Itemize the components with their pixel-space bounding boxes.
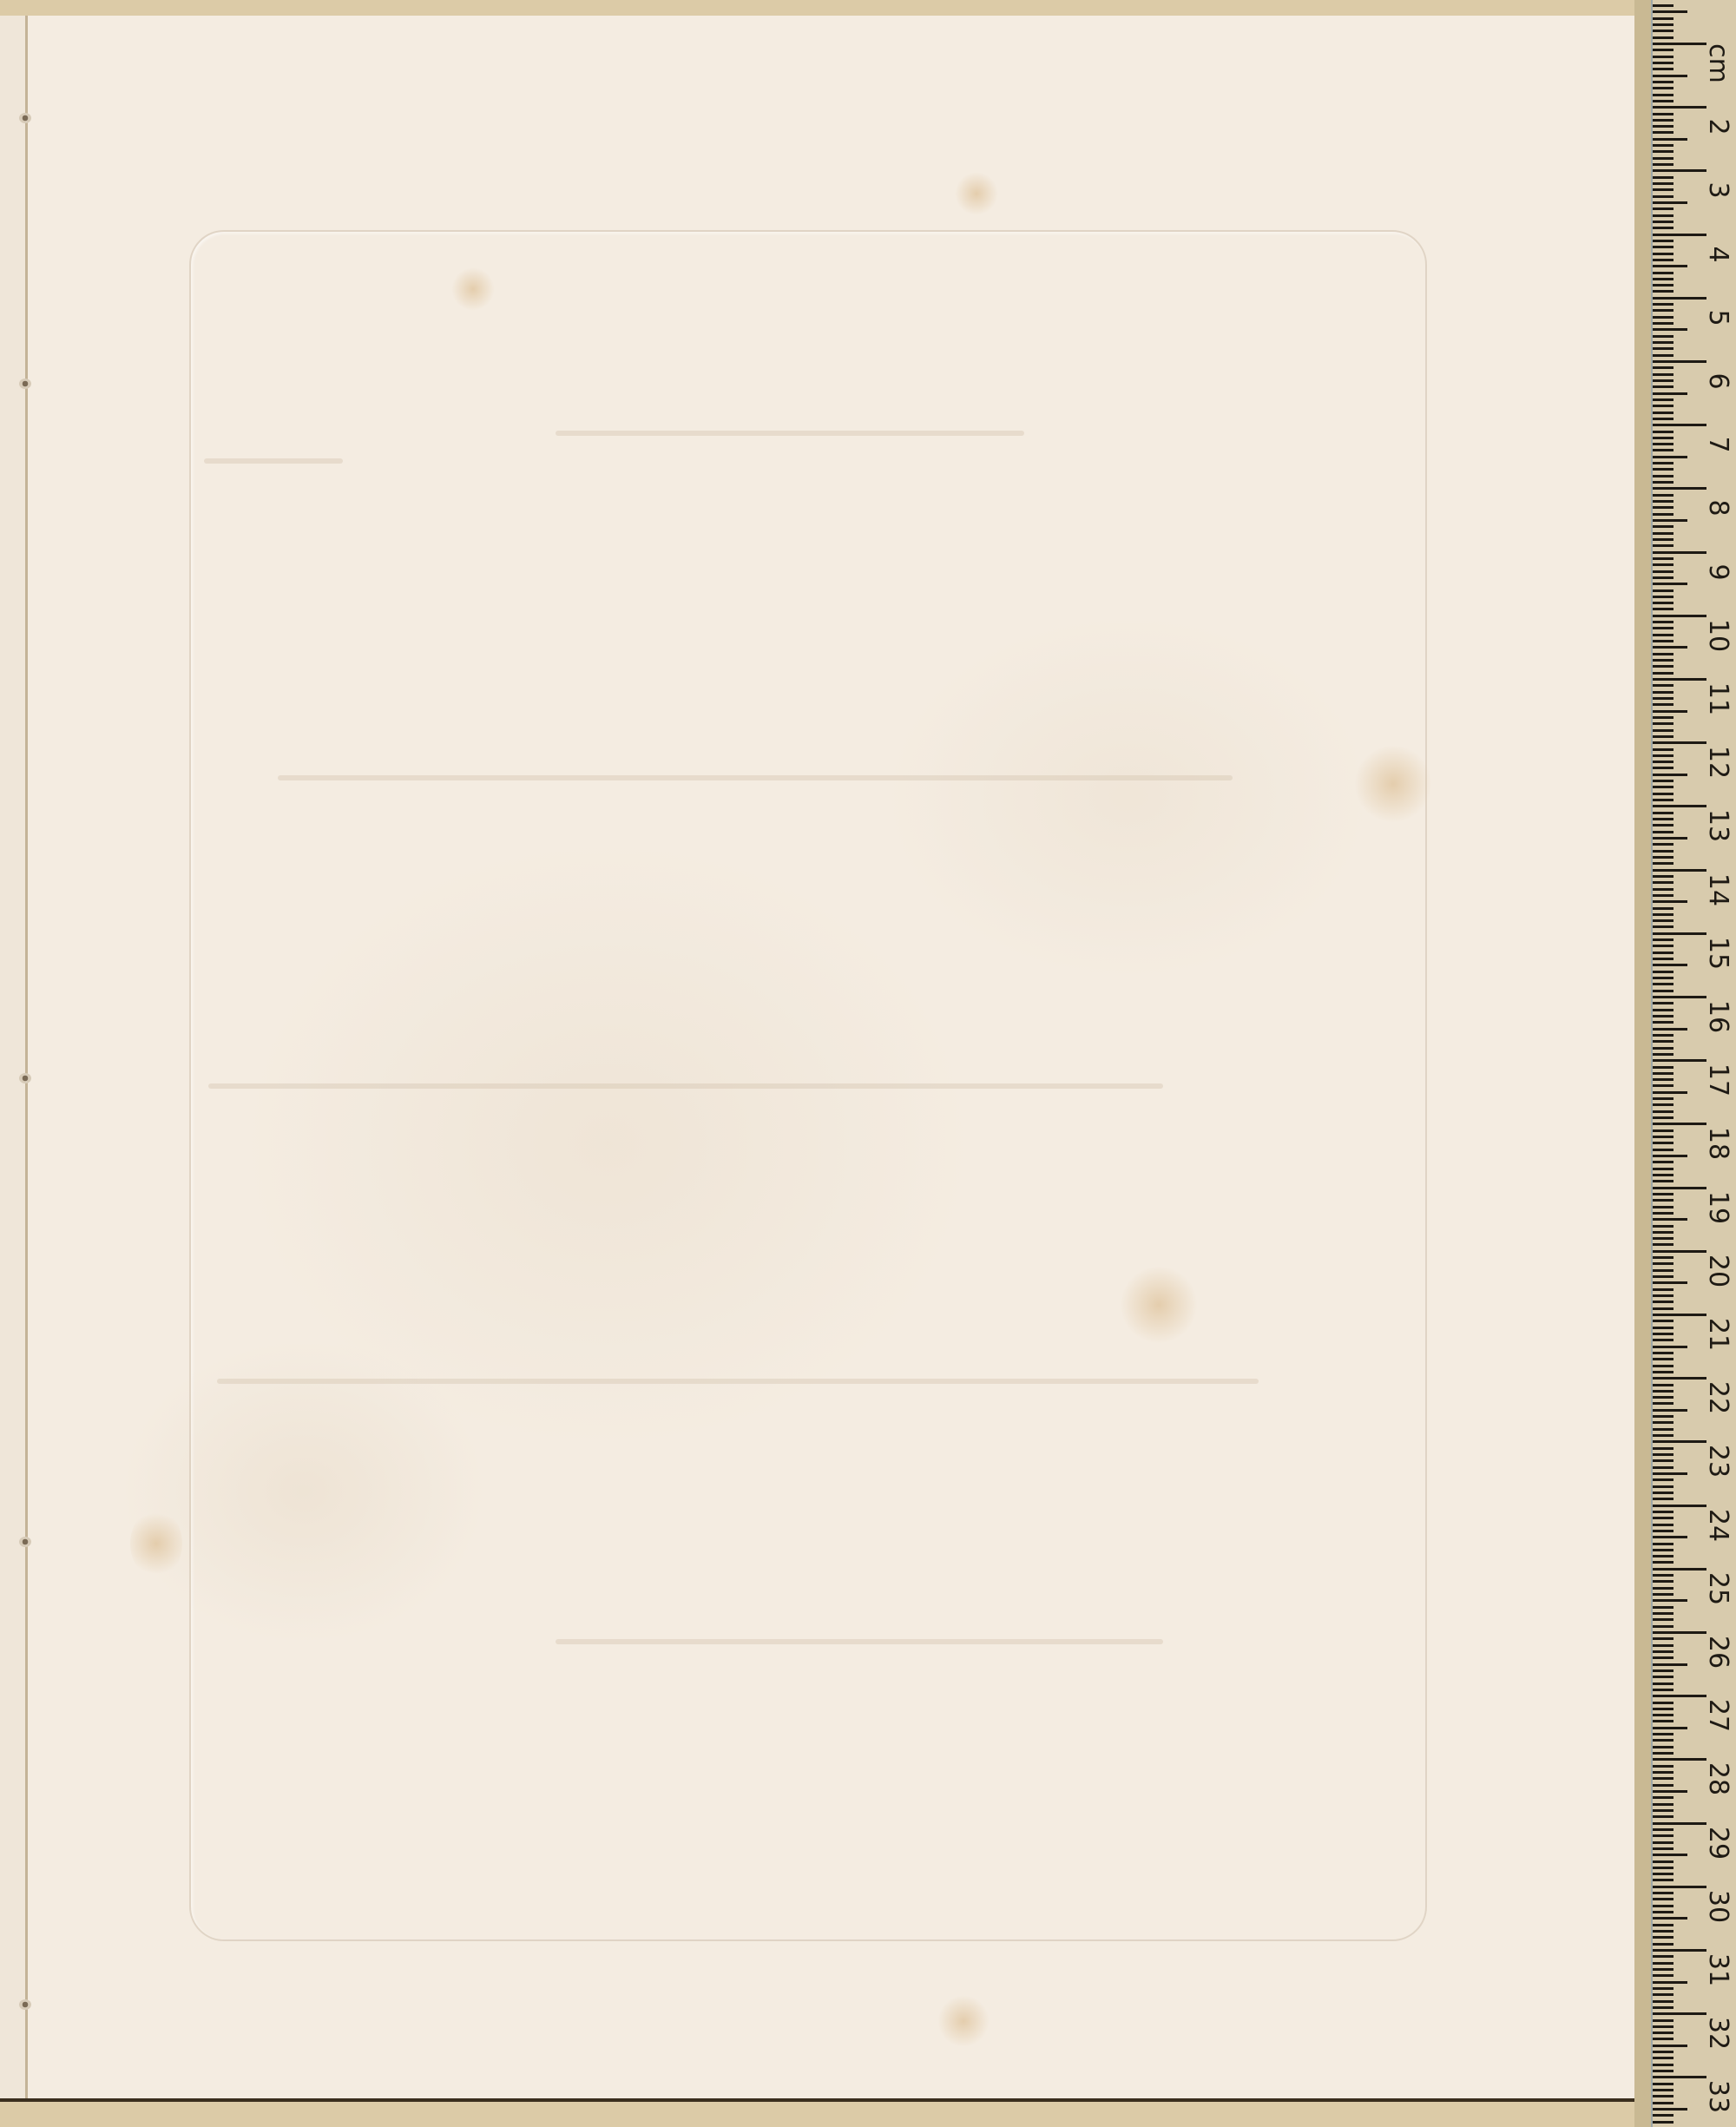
ruler-tick — [1653, 1110, 1674, 1113]
ruler-tick — [1653, 1803, 1674, 1806]
ruler-tick — [1653, 824, 1674, 826]
ruler-tick — [1653, 703, 1674, 706]
ruler-tick — [1653, 1459, 1674, 1462]
ruler-cm-label: 9 — [1705, 550, 1731, 594]
stitch-hole-icon — [19, 1537, 31, 1547]
ruler-tick — [1653, 1034, 1674, 1037]
ruler-tick — [1653, 290, 1674, 293]
ruler-tick — [1653, 780, 1674, 782]
ruler-tick — [1653, 532, 1674, 535]
ruler-tick — [1653, 1453, 1674, 1456]
ruler-tick — [1653, 913, 1674, 916]
ruler-tick — [1653, 1689, 1674, 1691]
ruler-tick — [1653, 799, 1674, 801]
ruler-tick — [1653, 983, 1674, 985]
ruler-tick — [1653, 2038, 1674, 2040]
ruler-tick — [1653, 1275, 1674, 1278]
ruler-tick — [1653, 1218, 1687, 1221]
ruler-tick — [1653, 335, 1674, 338]
ruler-tick — [1653, 557, 1674, 560]
ruler-tick — [1653, 767, 1674, 769]
ruler-tick — [1653, 2095, 1674, 2097]
ruler-tick — [1653, 1174, 1674, 1176]
ruler-tick — [1653, 1206, 1674, 1208]
ruler-tick — [1653, 1663, 1687, 1666]
ruler-cm-label: 32 — [1705, 2012, 1731, 2055]
ruler-tick — [1653, 843, 1674, 846]
ruler-tick — [1653, 1758, 1706, 1761]
ruler-tick — [1653, 1346, 1687, 1348]
ruler-tick — [1653, 56, 1674, 58]
ruler-tick — [1653, 888, 1674, 891]
book-page — [0, 16, 1634, 2102]
ruler-tick — [1653, 2114, 1674, 2117]
ruler-tick — [1653, 1644, 1674, 1647]
ruler-tick — [1653, 1472, 1687, 1475]
ruler-tick — [1653, 831, 1674, 833]
ruler-cm-label: 16 — [1705, 995, 1731, 1038]
ruler-tick — [1653, 500, 1674, 503]
gutter-fold-line — [25, 16, 28, 2098]
ruler-tick — [1653, 144, 1674, 147]
ruler-tick — [1653, 1879, 1674, 1881]
ruler-tick — [1653, 672, 1674, 675]
ruler-cm-label: 10 — [1705, 614, 1731, 657]
ruler-tick — [1653, 1084, 1674, 1087]
ruler-tick — [1653, 748, 1674, 751]
ruler-tick — [1653, 2108, 1687, 2111]
ruler-tick — [1653, 2051, 1674, 2053]
ruler-cm-label: 11 — [1705, 677, 1731, 721]
ruler-tick — [1653, 1072, 1674, 1075]
ruler-tick — [1653, 925, 1674, 928]
ruler-tick — [1653, 106, 1706, 109]
ruler-tick — [1653, 1434, 1674, 1437]
ruler-tick — [1653, 1777, 1674, 1780]
ruler-tick — [1653, 786, 1674, 788]
ruler-tick — [1653, 805, 1706, 807]
ruler-tick — [1653, 551, 1706, 554]
ruler-tick — [1653, 1466, 1674, 1469]
ruler-tick — [1653, 462, 1674, 464]
ruler-tick — [1653, 1637, 1674, 1640]
ruler-tick — [1653, 1352, 1674, 1354]
ruler-tick — [1653, 1568, 1706, 1571]
ruler-tick — [1653, 1911, 1674, 1913]
ruler-tick — [1653, 253, 1674, 255]
ruler-tick — [1653, 1860, 1674, 1863]
ruler-tick — [1653, 259, 1674, 261]
ruler-tick — [1653, 1015, 1674, 1017]
ruler-tick — [1653, 513, 1674, 516]
ruler-tick — [1653, 691, 1674, 694]
ruler-tick — [1653, 1962, 1674, 1965]
ruler-tick — [1653, 525, 1674, 528]
ruler-tick — [1653, 1517, 1674, 1519]
foxing-spot — [955, 172, 998, 215]
ruler-tick — [1653, 322, 1674, 325]
showthrough-line — [217, 1379, 1259, 1384]
ruler-tick — [1653, 735, 1674, 738]
binding-strip — [0, 16, 25, 2098]
measuring-ruler: cm23456789101112131415161718192021222324… — [1651, 0, 1736, 2127]
ruler-tick — [1653, 1040, 1674, 1043]
ruler-tick — [1653, 1415, 1674, 1418]
ruler-cm-label: 18 — [1705, 1122, 1731, 1165]
ruler-tick — [1653, 431, 1674, 433]
ruler-tick — [1653, 1390, 1674, 1393]
ruler-tick — [1653, 1269, 1674, 1272]
ruler-tick — [1653, 1314, 1706, 1316]
ruler-tick — [1653, 1631, 1706, 1634]
ruler-cm-label: 2 — [1705, 105, 1731, 148]
ruler-tick — [1653, 964, 1687, 966]
ruler-tick — [1653, 1669, 1674, 1672]
ruler-tick — [1653, 1828, 1674, 1831]
ruler-tick — [1653, 1543, 1674, 1545]
ruler-tick — [1653, 1047, 1674, 1050]
ruler-tick — [1653, 169, 1706, 172]
ruler-tick — [1653, 1536, 1687, 1538]
ruler-tick — [1653, 1021, 1674, 1024]
stitch-hole-icon — [19, 1073, 31, 1083]
ruler-tick — [1653, 265, 1687, 267]
ruler-cm-label: 5 — [1705, 296, 1731, 339]
ruler-tick — [1653, 602, 1674, 604]
ruler-tick — [1653, 1949, 1706, 1952]
ruler-tick — [1653, 201, 1687, 204]
ruler-tick — [1653, 1320, 1674, 1322]
ruler-tick — [1653, 958, 1674, 960]
ruler-tick — [1653, 589, 1674, 592]
ruler-tick — [1653, 131, 1674, 134]
ruler-tick — [1653, 30, 1674, 32]
ruler-tick — [1653, 506, 1674, 509]
ruler-tick — [1653, 1987, 1674, 1990]
ruler-tick — [1653, 1746, 1674, 1748]
ruler-tick — [1653, 862, 1674, 865]
ruler-tick — [1653, 4, 1674, 7]
ruler-tick — [1653, 81, 1674, 83]
ruler-tick — [1653, 1028, 1687, 1031]
ruler-tick — [1653, 684, 1674, 687]
ruler-tick — [1653, 1974, 1674, 1977]
ruler-cm-label: 13 — [1705, 804, 1731, 847]
ruler-cm-label: 8 — [1705, 486, 1731, 530]
ruler-tick — [1653, 1917, 1687, 1920]
ruler-tick — [1653, 379, 1674, 382]
ruler-tick — [1653, 1327, 1674, 1329]
ruler-tick — [1653, 544, 1674, 547]
ruler-tick — [1653, 850, 1674, 853]
ruler-tick — [1653, 627, 1674, 629]
ruler-tick — [1653, 418, 1674, 420]
ruler-tick — [1653, 881, 1674, 884]
ruler-tick — [1653, 1593, 1674, 1596]
ruler-tick — [1653, 475, 1674, 477]
ruler-tick — [1653, 392, 1687, 395]
ruler-tick — [1653, 907, 1674, 910]
ruler-tick — [1653, 697, 1674, 700]
ruler-tick — [1653, 1002, 1674, 1004]
ruler-tick — [1653, 1943, 1674, 1946]
ruler-tick — [1653, 1612, 1674, 1615]
ruler-tick — [1653, 1339, 1674, 1341]
ruler-tick — [1653, 837, 1687, 840]
ruler-tick — [1653, 2006, 1674, 2009]
ruler-tick — [1653, 812, 1674, 814]
ruler-tick — [1653, 1231, 1674, 1234]
ruler-tick — [1653, 157, 1674, 160]
ruler-tick — [1653, 945, 1674, 947]
ruler-tick — [1653, 1384, 1674, 1386]
ruler-tick — [1653, 1262, 1674, 1265]
ruler-tick — [1653, 1720, 1674, 1722]
ruler-tick — [1653, 665, 1674, 668]
ruler-tick — [1653, 284, 1674, 286]
ruler-tick — [1653, 996, 1706, 998]
ruler-tick — [1653, 1847, 1674, 1850]
ruler-tick — [1653, 481, 1674, 484]
ruler-cm-label: 15 — [1705, 932, 1731, 975]
ruler-tick — [1653, 1187, 1706, 1189]
ruler-tick — [1653, 1834, 1674, 1837]
ruler-tick — [1653, 49, 1674, 51]
ruler-tick — [1653, 214, 1674, 217]
ruler-tick — [1653, 278, 1674, 280]
ruler-tick — [1653, 2070, 1674, 2072]
ruler-tick — [1653, 23, 1674, 26]
ruler-tick — [1653, 1511, 1674, 1513]
ruler-tick — [1653, 1333, 1674, 1335]
ruler-tick — [1653, 793, 1674, 795]
ruler-tick — [1653, 1695, 1706, 1697]
ruler-tick — [1653, 1727, 1687, 1729]
ruler-tick — [1653, 240, 1674, 242]
ruler-tick — [1653, 316, 1674, 319]
ruler-tick — [1653, 2012, 1706, 2015]
ruler-cm-label: 30 — [1705, 1885, 1731, 1928]
ruler-tick — [1653, 1294, 1674, 1297]
ruler-tick — [1653, 366, 1674, 369]
ruler-tick — [1653, 328, 1687, 331]
ruler-tick — [1653, 1237, 1674, 1240]
ruler-tick — [1653, 385, 1674, 388]
ruler-tick — [1653, 1574, 1674, 1577]
ruler-tick — [1653, 138, 1687, 141]
ruler-tick — [1653, 1225, 1674, 1228]
ruler-tick — [1653, 1180, 1674, 1182]
ruler-tick — [1653, 519, 1687, 522]
ruler-tick — [1653, 1524, 1674, 1526]
ruler-tick — [1653, 17, 1674, 20]
ruler-cm-label: 24 — [1705, 1504, 1731, 1547]
ruler-tick — [1653, 1440, 1706, 1443]
page-edge-shadow — [1634, 0, 1652, 2127]
ruler-tick — [1653, 1103, 1674, 1106]
ruler-tick — [1653, 373, 1674, 376]
ruler-tick — [1653, 1142, 1674, 1144]
ruler-tick — [1653, 150, 1674, 153]
ruler-tick — [1653, 2089, 1674, 2091]
ruler-tick — [1653, 1428, 1674, 1431]
ruler-tick — [1653, 678, 1706, 681]
ruler-tick — [1653, 1683, 1674, 1685]
ruler-tick — [1653, 1421, 1674, 1424]
ruler-tick — [1653, 1708, 1674, 1710]
ruler-tick — [1653, 900, 1687, 903]
ruler-tick — [1653, 2102, 1674, 2104]
ruler-cm-label: 28 — [1705, 1757, 1731, 1801]
showthrough-line — [556, 431, 1024, 436]
ruler-tick — [1653, 634, 1674, 636]
ruler-tick — [1653, 424, 1706, 426]
ruler-tick — [1653, 1549, 1674, 1551]
ruler-tick — [1653, 341, 1674, 344]
ruler-tick — [1653, 2076, 1706, 2078]
ruler-cm-label: 31 — [1705, 1948, 1731, 1992]
ruler-tick — [1653, 1281, 1687, 1284]
ruler-cm-label: 12 — [1705, 741, 1731, 784]
ruler-tick — [1653, 468, 1674, 471]
ruler-tick — [1653, 538, 1674, 541]
ruler-tick — [1653, 113, 1674, 115]
ruler-tick — [1653, 1606, 1674, 1609]
ruler-tick — [1653, 761, 1674, 763]
foxing-spot — [937, 1995, 990, 2047]
ruler-tick — [1653, 1905, 1674, 1907]
ruler-tick — [1653, 1250, 1706, 1253]
ruler-tick — [1653, 347, 1674, 350]
ruler-tick — [1653, 1059, 1706, 1062]
ruler-tick — [1653, 449, 1674, 451]
ruler-cm-label: 7 — [1705, 423, 1731, 466]
ruler-tick — [1653, 494, 1674, 497]
ruler-tick — [1653, 1212, 1674, 1215]
ruler-tick — [1653, 1365, 1674, 1367]
ruler-tick — [1653, 1129, 1674, 1132]
ruler-tick — [1653, 2032, 1674, 2034]
ruler-tick — [1653, 1702, 1674, 1704]
ruler-tick — [1653, 1854, 1687, 1856]
ruler-tick — [1653, 1752, 1674, 1755]
ruler-cm-label: 17 — [1705, 1058, 1731, 1102]
ruler-cm-label: 14 — [1705, 868, 1731, 912]
ruler-tick — [1653, 1886, 1706, 1888]
ruler-tick — [1653, 1784, 1674, 1787]
ruler-tick — [1653, 163, 1674, 166]
ruler-tick — [1653, 2000, 1674, 2003]
ruler-tick — [1653, 398, 1674, 401]
ruler-tick — [1653, 608, 1674, 610]
ruler-tick — [1653, 716, 1674, 719]
ruler-tick — [1653, 1924, 1674, 1926]
ruler-tick — [1653, 87, 1674, 89]
ruler-tick — [1653, 303, 1674, 306]
ruler-tick — [1653, 1066, 1674, 1069]
ruler-tick — [1653, 938, 1674, 941]
ruler-tick — [1653, 576, 1674, 579]
ruler-tick — [1653, 1898, 1674, 1900]
ruler-tick — [1653, 1116, 1674, 1119]
ruler-tick — [1653, 1409, 1687, 1412]
ruler-tick — [1653, 1396, 1674, 1399]
ruler-tick — [1653, 360, 1706, 363]
ruler-tick — [1653, 437, 1674, 439]
ruler-tick — [1653, 1097, 1674, 1100]
ruler-tick — [1653, 774, 1687, 776]
stitch-hole-icon — [19, 1999, 31, 2010]
ruler-cm-label: cm — [1705, 42, 1731, 85]
ruler-tick — [1653, 1301, 1674, 1303]
ruler-tick — [1653, 2121, 1674, 2124]
ruler-tick — [1653, 741, 1706, 744]
ruler-tick — [1653, 1867, 1674, 1869]
ruler-tick — [1653, 62, 1674, 64]
ruler-tick — [1653, 1377, 1706, 1380]
ruler-tick — [1653, 234, 1706, 236]
ruler-tick — [1653, 1587, 1674, 1590]
ruler-tick — [1653, 990, 1674, 992]
ruler-tick — [1653, 195, 1674, 198]
ruler-tick — [1653, 1009, 1674, 1011]
ruler-tick — [1653, 43, 1706, 45]
ruler-tick — [1653, 1091, 1687, 1094]
ruler-tick — [1653, 1714, 1674, 1716]
ruler-tick — [1653, 1739, 1674, 1742]
ruler-tick — [1653, 1955, 1674, 1958]
ruler-tick — [1653, 646, 1687, 649]
ruler-tick — [1653, 1243, 1674, 1246]
ruler-tick — [1653, 2083, 1674, 2085]
ruler-tick — [1653, 354, 1674, 357]
ruler-tick — [1653, 1155, 1687, 1157]
ruler-tick — [1653, 405, 1674, 407]
ruler-tick — [1653, 2064, 1674, 2066]
ruler-tick — [1653, 1485, 1674, 1488]
stitch-hole-icon — [19, 113, 31, 123]
ruler-tick — [1653, 869, 1706, 872]
ruler-tick — [1653, 272, 1674, 274]
ruler-tick — [1653, 1993, 1674, 1996]
showthrough-line — [278, 775, 1233, 780]
ruler-tick — [1653, 563, 1674, 566]
ruler-tick — [1653, 722, 1674, 725]
ruler-tick — [1653, 1078, 1674, 1081]
ruler-cm-label: 22 — [1705, 1376, 1731, 1419]
ruler-tick — [1653, 1307, 1674, 1310]
ruler-tick — [1653, 1580, 1674, 1583]
ruler-tick — [1653, 1796, 1674, 1799]
ruler-tick — [1653, 1771, 1674, 1774]
ruler-tick — [1653, 2019, 1674, 2022]
ruler-tick — [1653, 640, 1674, 642]
ruler-cm-label: 27 — [1705, 1694, 1731, 1737]
ruler-tick — [1653, 1161, 1674, 1163]
ruler-tick — [1653, 1618, 1674, 1621]
ruler-tick — [1653, 875, 1674, 878]
ruler-tick — [1653, 754, 1674, 757]
ruler-tick — [1653, 1168, 1674, 1170]
ruler-tick — [1653, 596, 1674, 598]
ruler-tick — [1653, 621, 1674, 623]
foxing-spot — [1354, 745, 1432, 823]
ruler-tick — [1653, 188, 1674, 191]
ruler-tick — [1653, 412, 1674, 414]
ruler-tick — [1653, 119, 1674, 122]
ruler-tick — [1653, 309, 1674, 312]
ruler-tick — [1653, 932, 1706, 935]
